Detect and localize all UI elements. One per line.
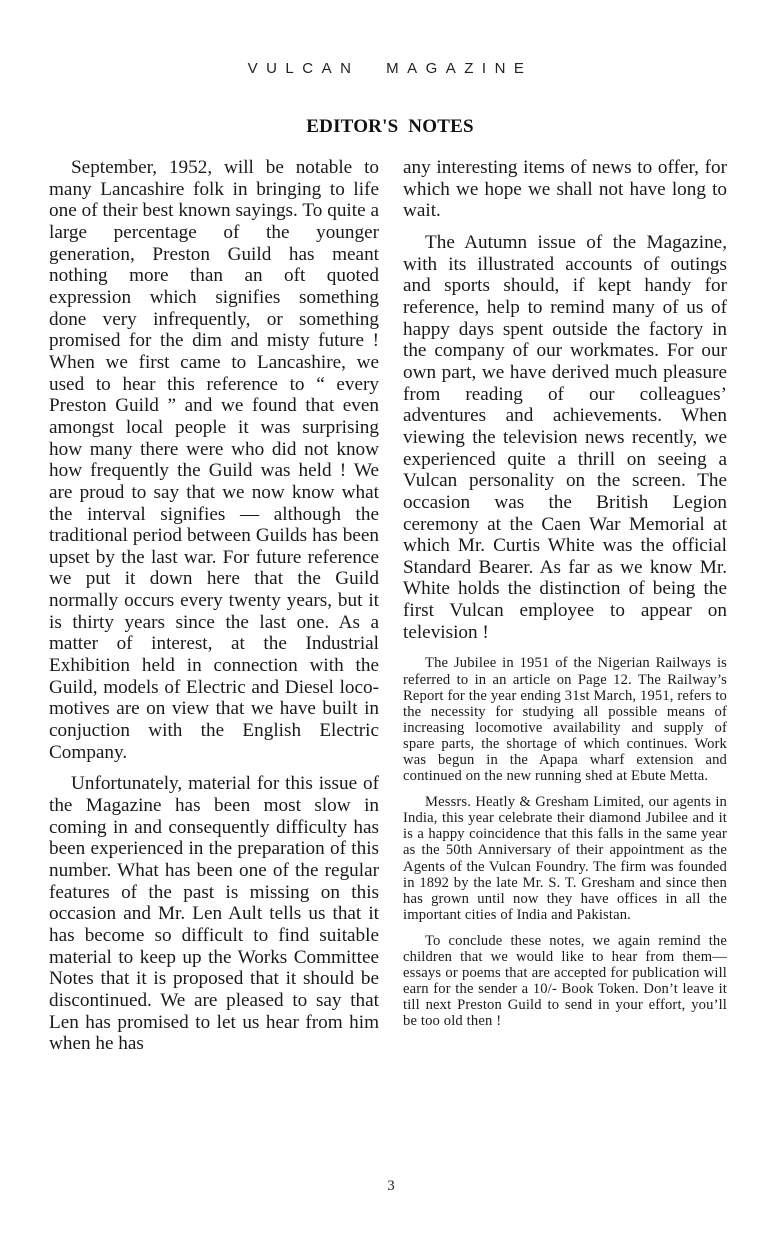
paragraph-material-shortage: Unfortunately, material for this issue o… <box>49 773 379 1055</box>
paragraph-children-notice: To conclude these notes, we again remind… <box>403 933 727 1030</box>
page-number: 3 <box>0 1178 772 1195</box>
paragraph-preston-guild: September, 1952, will be notable to many… <box>49 157 379 763</box>
running-head: VULCAN MAGAZINE <box>0 60 772 77</box>
right-column: any interesting items of news to offer, … <box>403 157 727 1030</box>
paragraph-autumn-issue: The Autumn issue of the Maga­zine, with … <box>403 232 727 643</box>
paragraph-continuation: any interesting items of news to offer, … <box>403 157 727 222</box>
paragraph-heatly-gresham: Messrs. Heatly & Gresham Limited, our ag… <box>403 794 727 923</box>
paragraph-nigerian-railways: The Jubilee in 1951 of the Nigerian Rail… <box>403 655 727 784</box>
left-column: September, 1952, will be notable to many… <box>49 157 379 1055</box>
page-title: EDITOR'S NOTES <box>0 116 772 138</box>
